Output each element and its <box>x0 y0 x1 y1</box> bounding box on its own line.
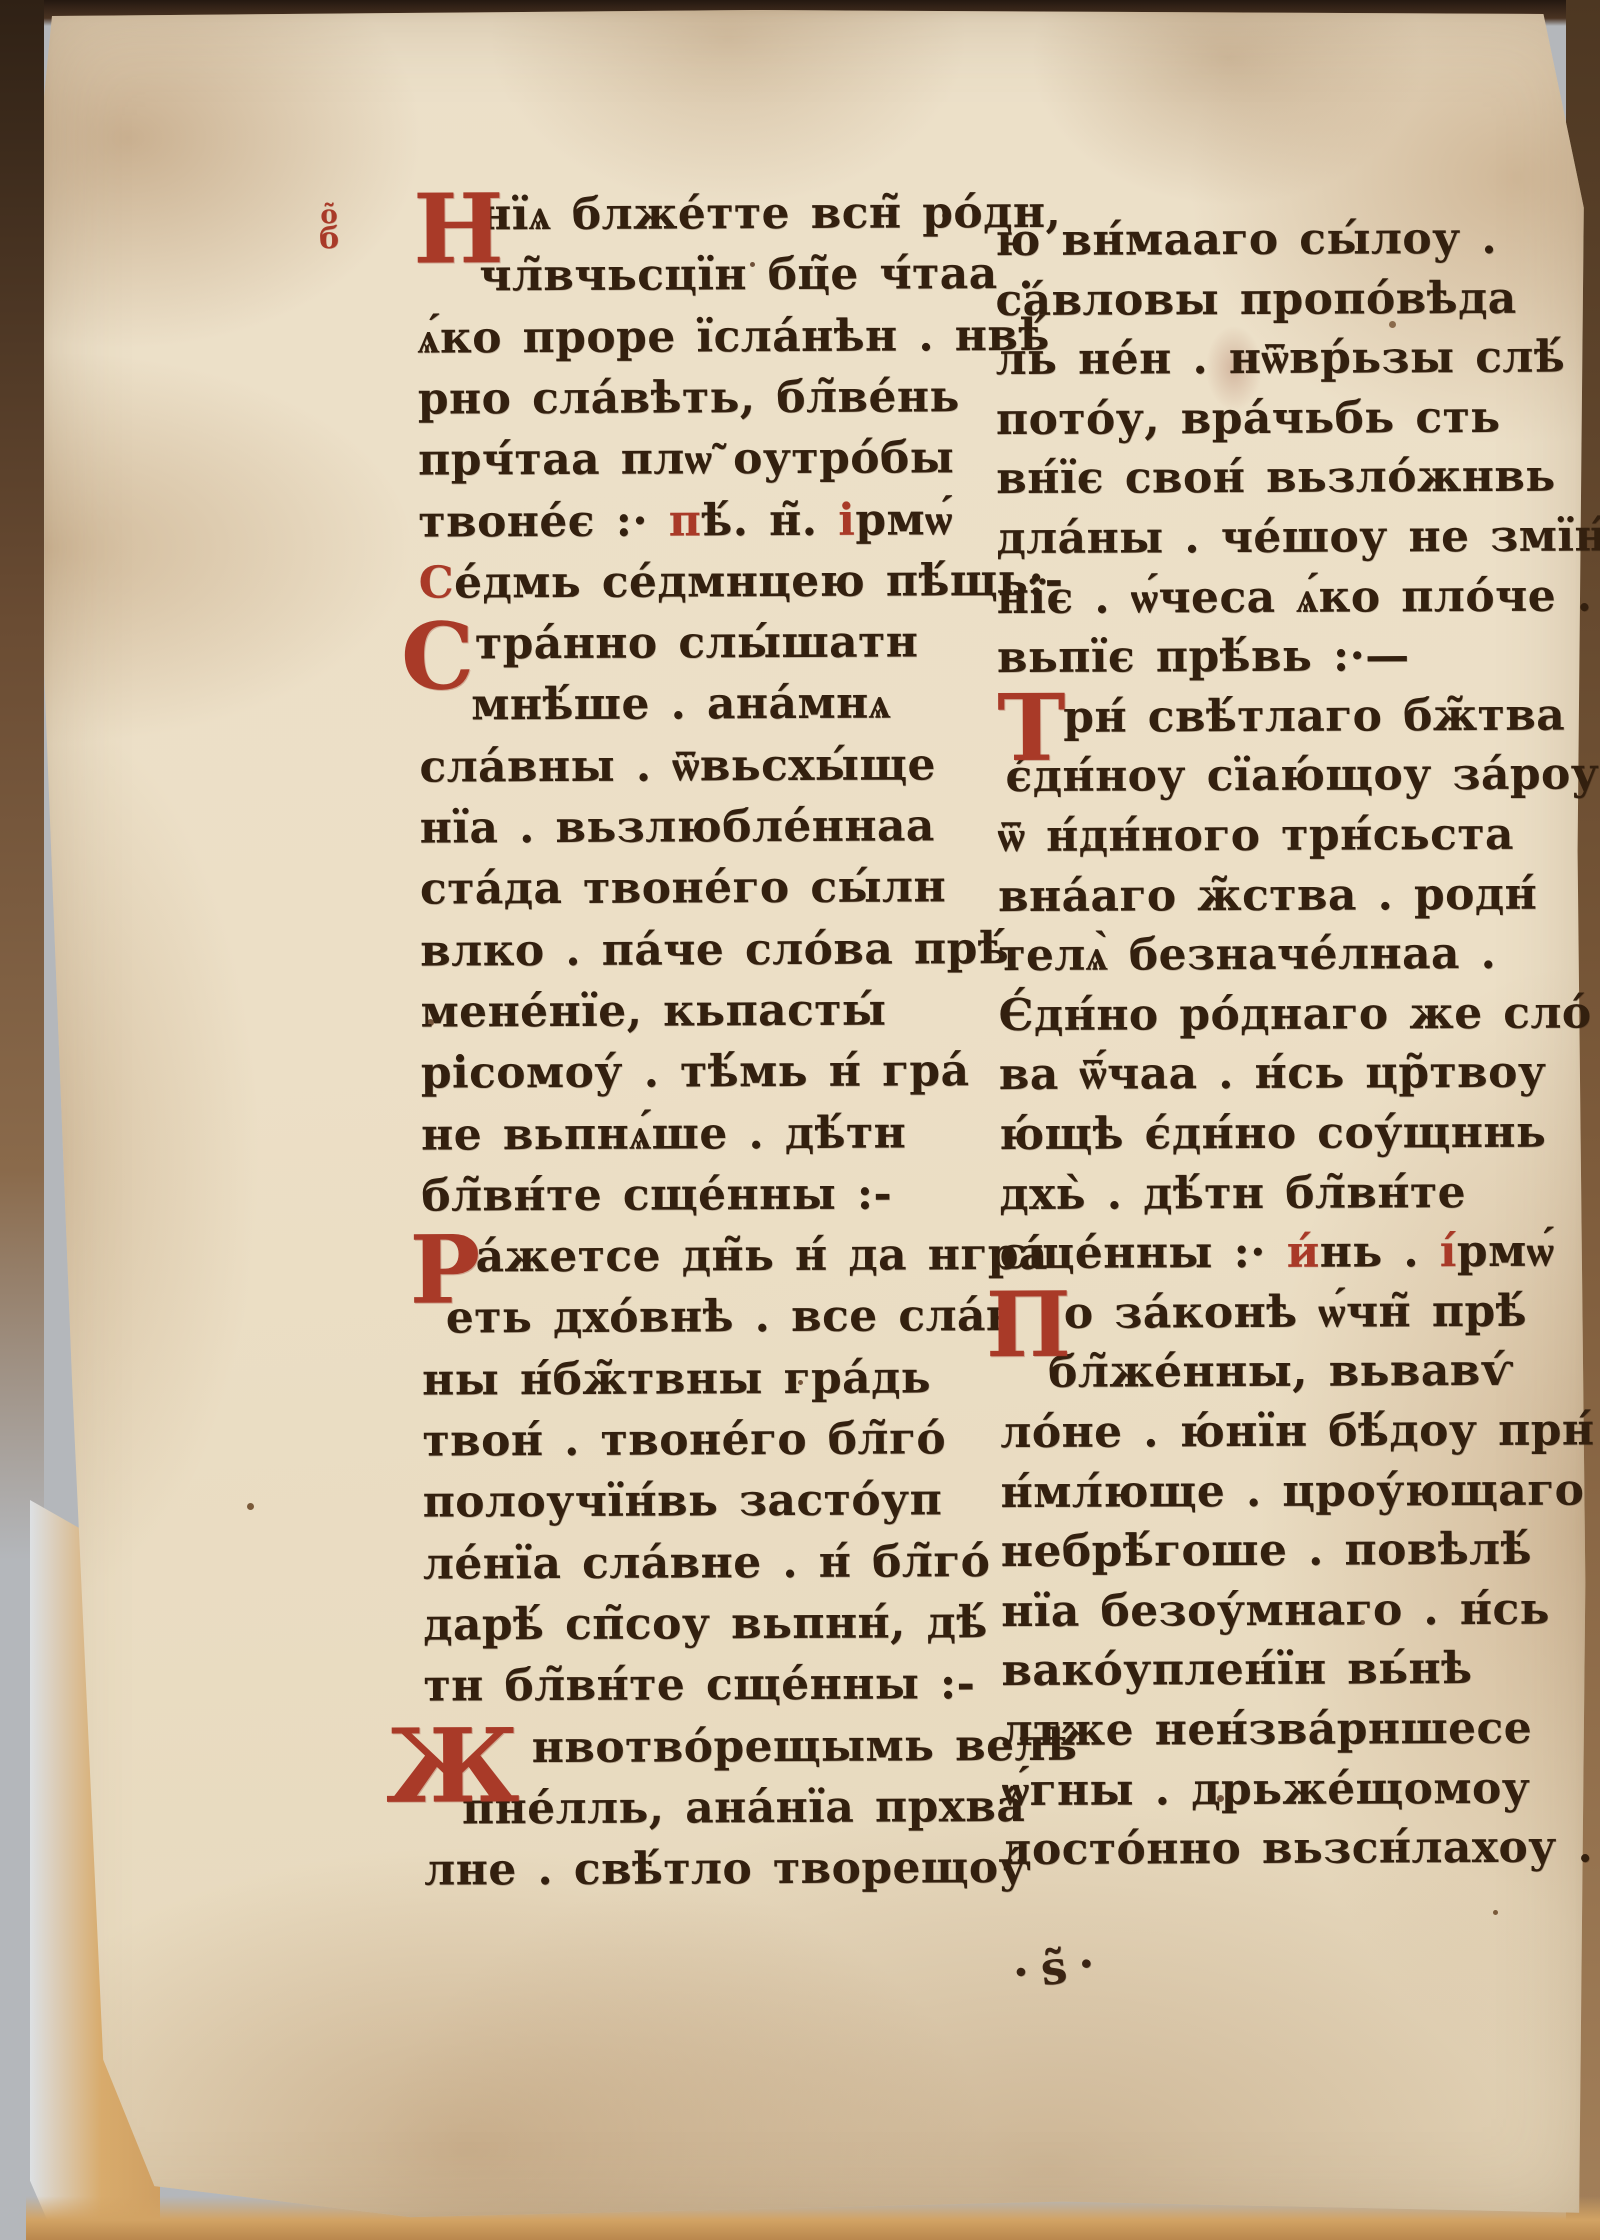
text-line: ю́щѣ є́дн́но соу́щннь <box>999 1111 1546 1157</box>
text-line: нвотво́рещымь велѣ́ <box>532 1724 1078 1770</box>
text-segment: влко . па́че сло́ва прѣ́ <box>420 923 1009 977</box>
text-line: сла́вны . ѿвьсхы́ще <box>419 743 936 789</box>
text-line: лне . свѣ́тло творещоу́ <box>424 1846 1027 1893</box>
text-line: рн́ свѣ́тлаго бж̃тва <box>1063 694 1565 740</box>
text-layer: о̃ б нїѧ блже́тте всн̃ ро́дн,чл̃вчьсцїн … <box>0 0 1600 2240</box>
text-line: Є́дн́но ро́днаго же сло́ <box>998 992 1591 1039</box>
text-segment: рісомоу́ . тѣ́мь н́ гра́ <box>421 1045 970 1098</box>
text-line: н́мл́юще . цроу́ющаго <box>1001 1469 1585 1516</box>
text-line: небрѣ́гоше . повѣлѣ́ <box>1001 1528 1532 1574</box>
text-segment: лне . свѣ́тло творещоу́ <box>424 1842 1027 1896</box>
text-line: вна́аго ж̃ства . родн́ <box>998 873 1537 919</box>
text-segment: твоне́є :· <box>418 496 669 548</box>
text-line: бл̃же́нны, вьвавѵ́ <box>1048 1349 1514 1395</box>
text-line: є́дн́ноу сїаю́щоу за́роу. <box>1005 752 1600 799</box>
text-line: рісомоу́ . тѣ́мь н́ гра́ <box>421 1049 970 1095</box>
text-segment: н́мл́юще . цроу́ющаго <box>1000 1465 1584 1519</box>
text-line: мнѣ́ше . ана́мнѧ <box>471 682 891 728</box>
initial-capital-Ж: Ж <box>386 1720 520 1814</box>
text-segment: дарѣ́ сп̃соу вьпнн́, дѣ́ <box>423 1597 988 1650</box>
text-line: еть дхо́внѣ . все сла́в <box>446 1294 1017 1340</box>
text-line: дхь̀ . дѣ́тн бл̃вн́те <box>999 1171 1466 1217</box>
text-segment: небрѣ́гоше . повѣлѣ́ <box>1001 1524 1532 1577</box>
text-line: са́вловы пропо́вѣда <box>995 277 1516 323</box>
text-segment: са́вловы пропо́вѣда <box>995 273 1516 326</box>
text-segment: телѧ̀ безначе́лнаа . <box>998 928 1496 981</box>
text-segment: мене́нїе, кьпасты́ <box>420 985 886 1038</box>
text-line: лтже нен́зва́рншесе <box>1002 1707 1533 1753</box>
initial-capital-Т: Т <box>997 686 1066 771</box>
text-segment: ѿ н́дн́ного трн́сьста <box>998 809 1514 862</box>
rubric-segment: и́ <box>1287 1227 1320 1278</box>
text-line: ле́нїа сла́вне . н́ бл̃го́ <box>423 1540 991 1586</box>
text-segment: пне́лль, ана́нїа прхва́ <box>462 1781 1025 1834</box>
text-segment: рн́ свѣ́тлаго бж̃тва <box>1063 690 1565 743</box>
text-segment: мнѣ́ше . ана́мнѧ <box>471 678 891 731</box>
text-segment: ѡ́гны . дрьже́щомоу <box>1002 1763 1531 1816</box>
text-segment: бл̃вн́те сще́нны :- <box>421 1169 892 1222</box>
text-segment: ле́нїа сла́вне . н́ бл̃го́ <box>423 1536 991 1589</box>
text-line: пне́лль, ана́нїа прхва́ <box>462 1785 1025 1831</box>
initial-capital-П: П <box>986 1284 1071 1367</box>
text-segment: прч́таа плѡ̃ оутро́бы <box>418 432 954 485</box>
text-segment: вако́уплен́їн вь́нѣ <box>1001 1643 1472 1696</box>
text-line: тн бл̃вн́те сще́нны :- <box>423 1662 975 1708</box>
text-line: мене́нїе, кьпасты́ <box>420 989 886 1035</box>
text-segment: е́дмь се́дмнцею пѣ́щь:- <box>454 555 1064 609</box>
text-segment: пото́у, вра́чьбь сть <box>996 392 1501 445</box>
initial-capital-Н: Н <box>413 185 504 274</box>
text-line: дарѣ́ сп̃соу вьпнн́, дѣ́ <box>423 1601 988 1647</box>
text-segment: нь . <box>1320 1226 1440 1278</box>
text-segment: досто́нно вьзсн́лахоу . <box>1002 1822 1593 1876</box>
text-line: нїа . вьзлюбле́ннаа <box>420 804 935 850</box>
text-segment: нїє . ѡ́чеса ѧ́ко пло́че . <box>997 571 1593 625</box>
text-column-right: ю вн́мааго сы́лоу .са́вловы пропо́вѣдаль… <box>995 217 1587 1920</box>
text-line: ны н́бж̃твны гра́дь <box>422 1356 931 1402</box>
text-segment: о за́конѣ ѡ́чн̃ прѣ́ <box>1064 1286 1527 1339</box>
text-line: полоучїн́вь засто́уп <box>423 1478 943 1524</box>
initial-capital-Р: Р <box>409 1227 480 1314</box>
text-line: ль не́н . нѿвр́ьзы слѣ́ <box>996 336 1566 382</box>
text-line: сще́нны :· и́нь . і́рмѡ́ <box>999 1230 1554 1276</box>
text-line: ѧ́ко проре їсла́нѣн . нвѣ́ <box>417 314 1049 361</box>
text-segment: твон́ . твоне́го бл̃го́ <box>422 1413 946 1466</box>
text-line: ѡ́гны . дрьже́щомоу <box>1002 1767 1531 1813</box>
text-line: вако́уплен́їн вь́нѣ <box>1001 1647 1472 1693</box>
rubric-segment: і <box>838 495 855 546</box>
text-segment: тн бл̃вн́те сще́нны :- <box>423 1658 975 1711</box>
text-segment: ль не́н . нѿвр́ьзы слѣ́ <box>996 332 1566 385</box>
text-line: нїѧ блже́тте всн̃ ро́дн, <box>479 191 1061 238</box>
text-segment: рмѡ́ <box>855 494 953 545</box>
text-segment: ю вн́мааго сы́лоу . <box>995 213 1497 266</box>
text-line: чл̃вчьсцїн бц̃е ч́таа . <box>479 252 1034 298</box>
rubric-segment: і́ <box>1440 1226 1457 1277</box>
text-segment: нїа безоу́мнаго . н́сь <box>1001 1584 1550 1637</box>
text-line: ло́не . ю́нїн бѣ́доу прн́ <box>1000 1409 1594 1456</box>
text-line: твоне́є :· пѣ́. н̃. ірмѡ́ <box>418 498 953 544</box>
text-segment: ѣ́. н̃. <box>701 495 838 547</box>
text-line: ѿ н́дн́ного трн́сьста <box>998 813 1514 859</box>
text-line: вн́їє свон́ вьзло́жнвь <box>996 455 1556 501</box>
text-segment: тра́нно слы́шатн <box>475 616 919 669</box>
text-segment: є́дн́ноу сїаю́щоу за́роу. <box>1005 748 1600 802</box>
text-line: о за́конѣ ѡ́чн̃ прѣ́ <box>1064 1290 1527 1336</box>
text-line: ю вн́мааго сы́лоу . <box>995 217 1497 263</box>
text-line: нїє . ѡ́чеса ѧ́ко пло́че . <box>997 575 1593 622</box>
text-line: а́жетсе дн̃ь н́ да нгра́ <box>475 1233 1047 1279</box>
text-line: прч́таа плѡ̃ оутро́бы <box>418 436 954 482</box>
text-segment: рмѡ́ <box>1457 1226 1555 1277</box>
text-segment: полоучїн́вь засто́уп <box>423 1474 943 1527</box>
text-segment: бл̃же́нны, вьвавѵ́ <box>1048 1345 1514 1398</box>
text-line: нїа безоу́мнаго . н́сь <box>1001 1588 1550 1634</box>
text-segment: нїѧ блже́тте всн̃ ро́дн, <box>479 187 1061 241</box>
text-line: дла́ны . че́шоу не змїн́ <box>996 514 1600 561</box>
rubric-segment: п <box>669 495 702 546</box>
text-segment: дла́ны . че́шоу не змїн́ <box>996 510 1600 564</box>
text-segment: еть дхо́внѣ . все сла́в <box>446 1290 1017 1343</box>
text-segment: сла́вны . ѿвьсхы́ще <box>419 739 936 792</box>
text-line: влко . па́че сло́ва прѣ́ <box>420 927 1009 974</box>
text-segment: не вьпнѧ́ше . дѣ́тн <box>421 1108 906 1161</box>
text-line: ста́да твоне́го сы́лн <box>420 865 946 911</box>
quire-mark-bottom: б <box>319 226 339 252</box>
text-segment: ны н́бж̃твны гра́дь <box>422 1352 931 1405</box>
text-line: бл̃вн́те сще́нны :- <box>421 1173 892 1219</box>
text-segment: а́жетсе дн̃ь н́ да нгра́ <box>475 1229 1047 1282</box>
manuscript-photo: о̃ б нїѧ блже́тте всн̃ ро́дн,чл̃вчьсцїн … <box>0 0 1600 2240</box>
text-segment: дхь̀ . дѣ́тн бл̃вн́те <box>999 1167 1466 1220</box>
text-segment: ва ѿ́чаа . н́сь цр̃твоу <box>999 1047 1547 1100</box>
text-column-left: нїѧ блже́тте всн̃ ро́дн,чл̃вчьсцїн бц̃е … <box>417 191 1035 1954</box>
text-segment: нїа . вьзлюбле́ннаа <box>420 800 935 853</box>
text-segment: вн́їє свон́ вьзло́жнвь <box>996 451 1556 504</box>
text-segment: лтже нен́зва́рншесе <box>1002 1703 1533 1756</box>
text-line: досто́нно вьзсн́лахоу . <box>1002 1826 1593 1873</box>
text-segment: ѧ́ко проре їсла́нѣн . нвѣ́ <box>417 310 1049 364</box>
text-segment: нвотво́рещымь велѣ́ <box>532 1720 1078 1773</box>
text-line: Се́дмь се́дмнцею пѣ́щь:- <box>419 559 1064 606</box>
text-line: ва ѿ́чаа . н́сь цр̃твоу <box>999 1051 1547 1097</box>
text-line: пото́у, вра́чьбь сть <box>996 396 1501 442</box>
text-line: рно сла́вѣть, бл̃ве́нь <box>418 375 960 421</box>
text-segment: ю́щѣ є́дн́но соу́щннь <box>999 1107 1546 1160</box>
text-segment: ло́не . ю́нїн бѣ́доу прн́ <box>1000 1405 1594 1459</box>
initial-capital-С: С <box>401 614 475 699</box>
text-segment: рно сла́вѣть, бл̃ве́нь <box>418 371 960 424</box>
text-line: тра́нно слы́шатн <box>475 620 919 666</box>
tail-mark: · ѕ̃ · <box>1010 1936 1096 2000</box>
quire-mark: о̃ б <box>319 204 339 252</box>
text-line: твон́ . твоне́го бл̃го́ <box>422 1417 946 1463</box>
text-segment: вна́аго ж̃ства . родн́ <box>998 869 1537 922</box>
text-line: не вьпнѧ́ше . дѣ́тн <box>421 1112 906 1158</box>
rubric-segment: С <box>419 558 455 609</box>
text-segment: Є́дн́но ро́днаго же сло́ <box>998 988 1591 1042</box>
text-segment: ста́да твоне́го сы́лн <box>420 861 946 914</box>
text-segment: чл̃вчьсцїн бц̃е ч́таа . <box>479 248 1034 301</box>
text-line: телѧ̀ безначе́лнаа . <box>998 932 1496 978</box>
